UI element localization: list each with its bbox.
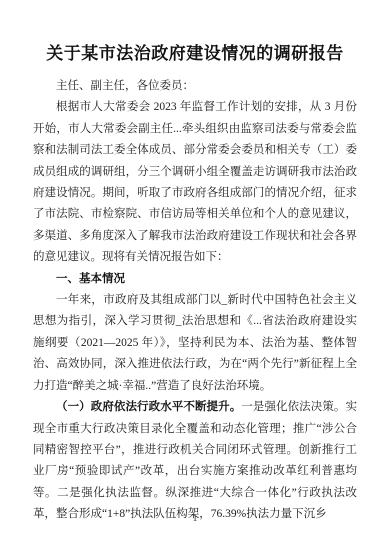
subsection-1-body: 一是强化依法决策。实现全市重大行政决策目录化全覆盖和动态化管理；推广“涉公合同精… xyxy=(33,401,357,520)
salutation-line: 主任、副主任，各位委员： xyxy=(33,76,357,97)
report-title: 关于某市法治政府建设情况的调研报告 xyxy=(33,42,357,66)
subsection-1-lead: （一）政府依法行政水平不断提升。 xyxy=(56,401,241,413)
subsection-1-paragraph: （一）政府依法行政水平不断提升。一是强化依法决策。实现全市重大行政决策目录化全覆… xyxy=(33,397,357,525)
page-number: 1 xyxy=(0,514,390,524)
intro-paragraph: 根据市人大常委会 2023 年监督工作计划的安排，从 3 月份开始，市人大常委会… xyxy=(33,97,357,268)
document-page: 关于某市法治政府建设情况的调研报告 主任、副主任，各位委员： 根据市人大常委会 … xyxy=(0,0,390,550)
section-1-paragraph: 一年来，市政府及其组成部门以_新时代中国特色社会主义思想为指引，深入学习贯彻_法… xyxy=(33,290,357,397)
section-1-heading: 一、基本情况 xyxy=(33,269,357,290)
document-body: 关于某市法治政府建设情况的调研报告 主任、副主任，各位委员： 根据市人大常委会 … xyxy=(33,42,357,526)
